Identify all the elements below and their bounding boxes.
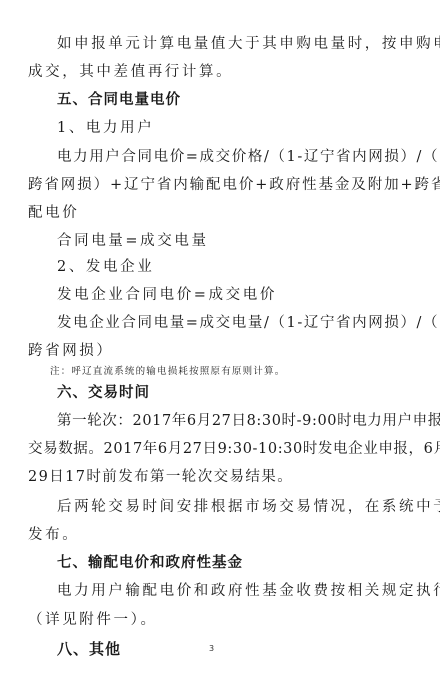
formula-line: 合同电量=成交电量: [57, 232, 429, 250]
formula-line: 发电企业合同电量=成交电量/（1-辽宁省内网损）/（1-: [57, 314, 429, 332]
paragraph-line: 如申报单元计算电量值大于其申购电量时，按申购电量: [57, 35, 429, 53]
paragraph-line: 第一轮次：2017年6月27日8:30时-9:00时电力用户申报: [57, 412, 429, 430]
paragraph-line: 电力用户输配电价和政府性基金收费按相关规定执行: [57, 582, 429, 600]
paragraph-line: （详见附件一）。: [28, 611, 400, 629]
section-heading-6: 六、交易时间: [57, 384, 429, 402]
section-heading-7: 七、输配电价和政府性基金: [57, 554, 429, 572]
paragraph-line: 成交，其中差值再行计算。: [28, 63, 400, 81]
formula-line: 跨省网损）: [28, 342, 400, 360]
subsection-heading-1: 1、电力用户: [57, 119, 429, 137]
paragraph-line: 29日17时前发布第一轮次交易结果。: [28, 468, 400, 486]
formula-line: 电力用户合同电价=成交价格/（1-辽宁省内网损）/（1-: [57, 148, 429, 166]
section-heading-8: 八、其他: [57, 640, 429, 658]
subsection-heading-2: 2、发电企业: [57, 258, 429, 276]
paragraph-line: 发布。: [28, 526, 400, 544]
page-number: 3: [209, 644, 214, 653]
formula-line: 跨省网损）+辽宁省内输配电价+政府性基金及附加+跨省输: [28, 176, 400, 194]
formula-line: 配电价: [28, 204, 400, 222]
formula-line: 发电企业合同电价=成交电价: [57, 286, 429, 304]
section-heading-5: 五、合同电量电价: [57, 91, 429, 109]
paragraph-line: 后两轮交易时间安排根据市场交易情况，在系统中予以: [57, 498, 429, 516]
footnote: 注：呼辽直流系统的输电损耗按照原有原则计算。: [50, 363, 422, 381]
paragraph-line: 交易数据。2017年6月27日9:30-10:30时发电企业申报，6月: [28, 440, 400, 458]
